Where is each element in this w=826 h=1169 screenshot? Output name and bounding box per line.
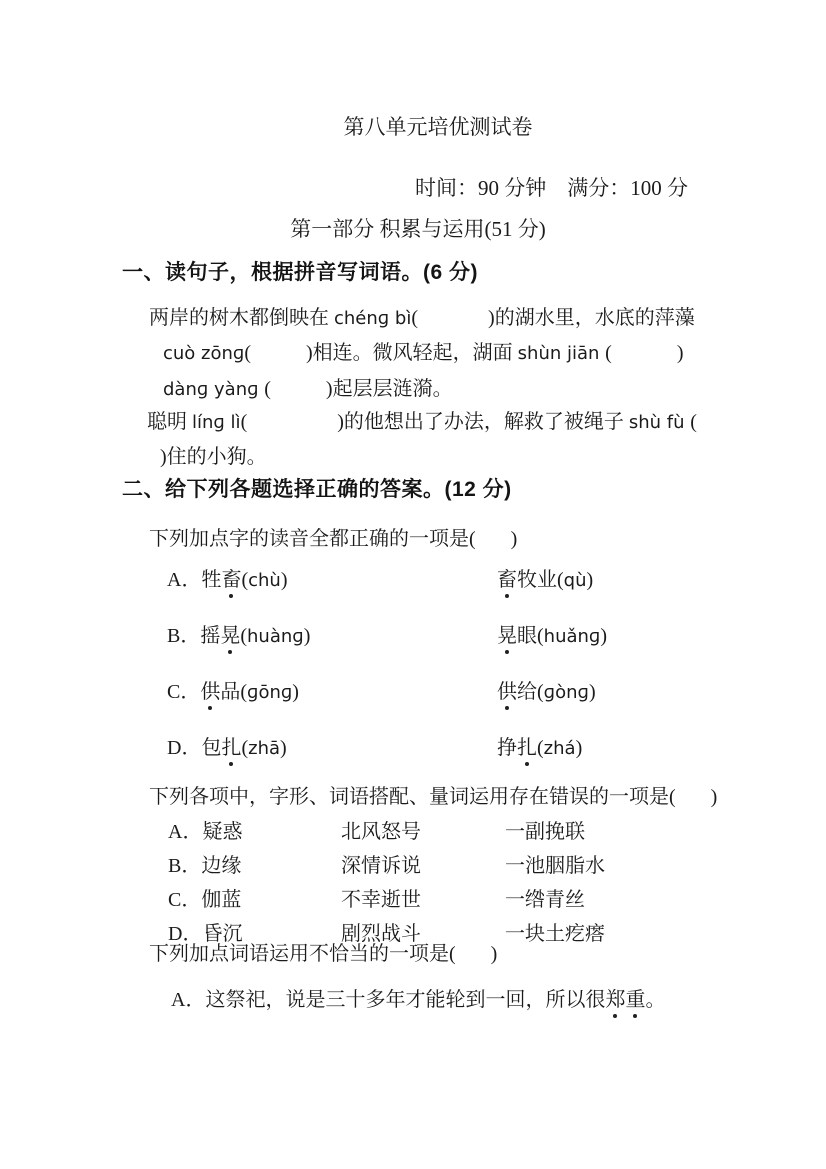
part1-heading: 第一部分 积累与运用(51 分) (0, 217, 826, 241)
test-paper-page: 第八单元培优测试卷 时间：90 分钟 满分：100 分 第一部分 积累与运用(5… (0, 0, 826, 1169)
q2-row-c-measure: 一绺青丝 (505, 888, 585, 912)
q1-option-b-right: 晃眼(huǎnɡ) (497, 624, 607, 649)
q1-option-d-left: D．包扎(zhā) (167, 736, 287, 761)
pinyin-fill-line-5: )住的小狗。 (160, 445, 267, 469)
pinyin-fill-line-4: 聪明 línɡ lì( )的他想出了办法，解救了被绳子 shù fù ( (147, 410, 697, 435)
q2-row-a-word: A．疑惑 (168, 820, 242, 844)
paper-title: 第八单元培优测试卷 (0, 115, 826, 139)
q3-stem: 下列加点词语运用不恰当的一项是( ) (149, 942, 497, 966)
q2-row-b-phrase: 深情诉说 (341, 854, 421, 878)
q1-option-b-left: B．摇晃(huànɡ) (167, 624, 310, 649)
q2-stem: 下列各项中，字形、词语搭配、量词运用存在错误的一项是( ) (149, 785, 717, 809)
q1-option-d-right: 挣扎(zhá) (497, 736, 582, 761)
q1-option-a-right: 畜牧业(qù) (497, 568, 593, 593)
q2-row-b-word: B．边缘 (168, 854, 241, 878)
pinyin-fill-line-1: 两岸的树木都倒映在 chénɡ bì( )的湖水里，水底的萍藻 (149, 306, 695, 331)
pinyin-fill-line-3: dànɡ yànɡ ( )起层层涟漪。 (163, 377, 453, 402)
q1-stem: 下列加点字的读音全都正确的一项是( ) (149, 527, 517, 551)
q2-row-c-phrase: 不幸逝世 (341, 888, 421, 912)
q1-option-c-right: 供给(ɡònɡ) (497, 680, 596, 705)
q3-option-a: A．这祭祀，说是三十多年才能轮到一回，所以很郑重。 (171, 988, 665, 1012)
q1-option-c-left: C．供品(ɡōnɡ) (167, 680, 299, 705)
section1-heading: 一、读句子，根据拼音写词语。(6 分) (122, 261, 478, 285)
q1-option-a-left: A．牲畜(chù) (167, 568, 288, 593)
time-score-line: 时间：90 分钟 满分：100 分 (415, 176, 688, 200)
pinyin-fill-line-2: cuò zōnɡ( )相连。微风轻起，湖面 shùn jiān ( ) (163, 341, 684, 366)
q2-row-b-measure: 一池胭脂水 (505, 854, 605, 878)
q2-row-c-word: C．伽蓝 (168, 888, 241, 912)
section2-heading: 二、给下列各题选择正确的答案。(12 分) (122, 478, 512, 502)
q2-row-a-measure: 一副挽联 (505, 820, 585, 844)
q2-row-a-phrase: 北风怒号 (341, 820, 421, 844)
q2-row-d-measure: 一块土疙瘩 (505, 922, 605, 946)
